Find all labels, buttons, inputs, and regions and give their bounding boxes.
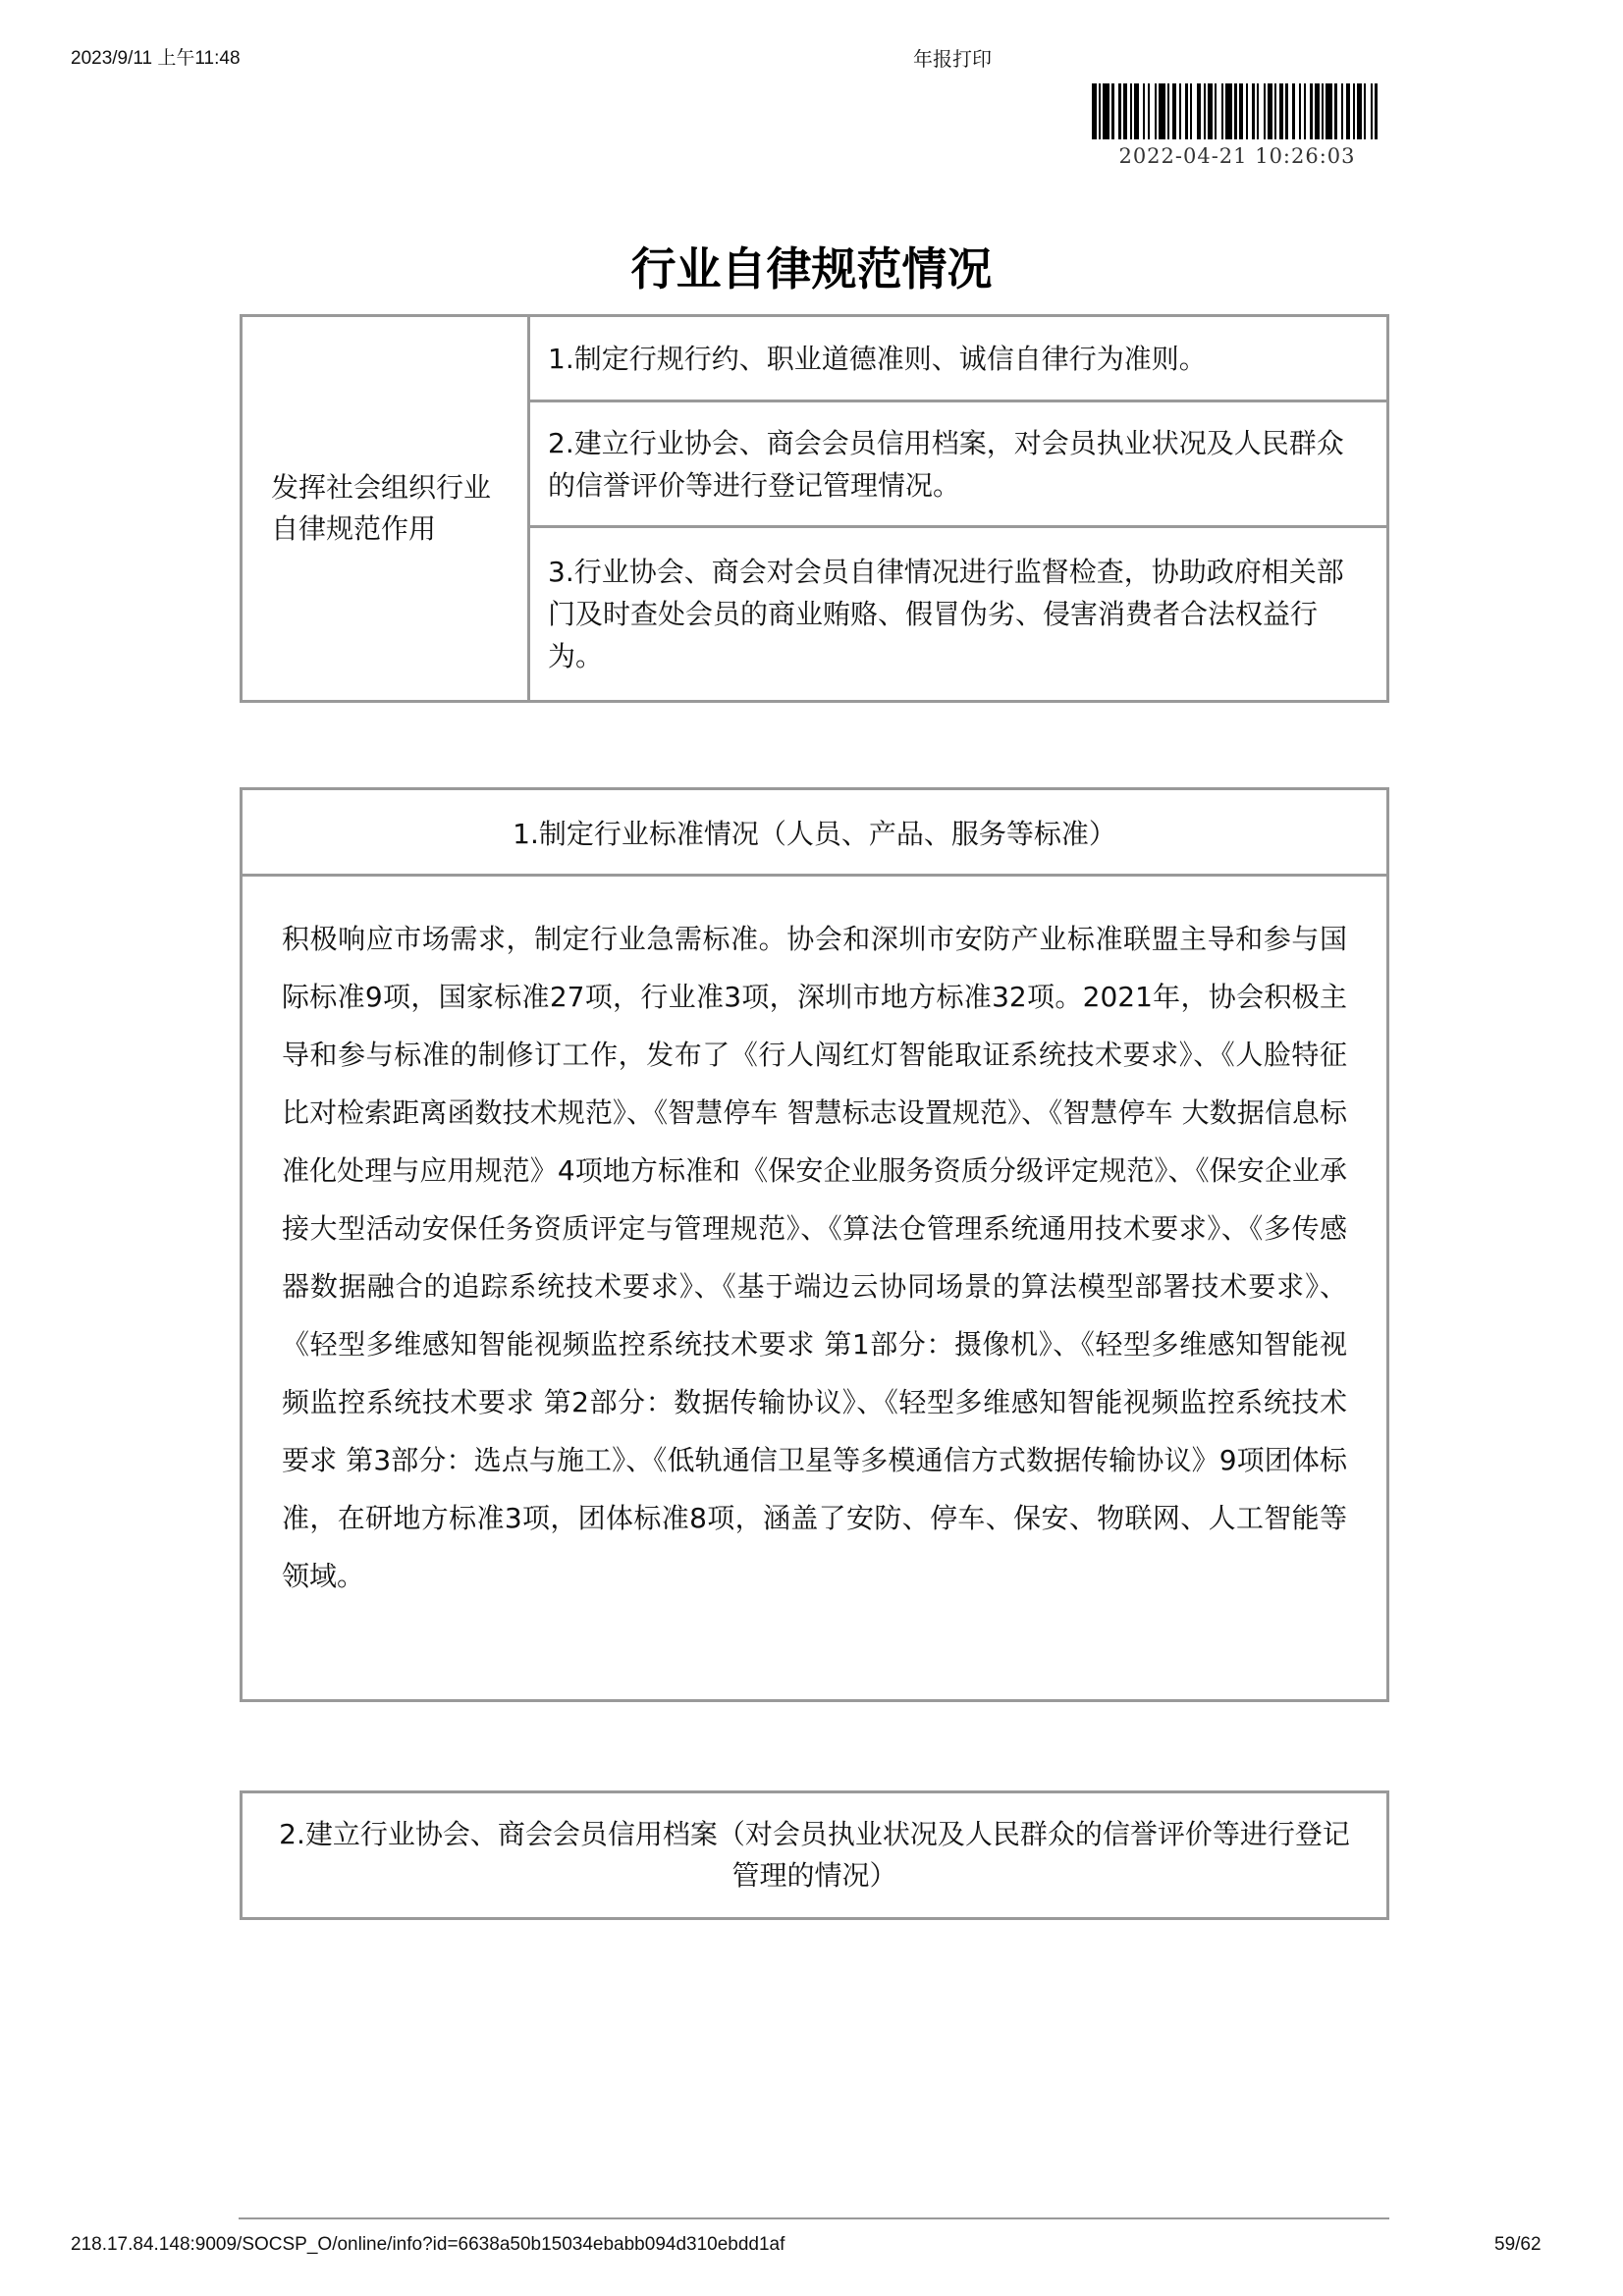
page-title: 行业自律规范情况 (0, 234, 1623, 298)
barcode-timestamp: 2022-04-21 10:26:03 (1088, 144, 1386, 168)
section-header: 2.建立行业协会、商会会员信用档案（对会员执业状况及人民群众的信誉评价等进行登记… (270, 1814, 1360, 1896)
row-header-label: 发挥社会组织行业自律规范作用 (271, 467, 499, 550)
footer-url: 218.17.84.148:9009/SOCSP_O/online/info?i… (71, 2234, 784, 2256)
table-row: 1.制定行规行约、职业道德准则、诚信自律行为准则。 (530, 317, 1386, 402)
print-header-title: 年报打印 (0, 43, 1623, 72)
page-number: 59/62 (1494, 2234, 1542, 2256)
section-header: 1.制定行业标准情况（人员、产品、服务等标准） (243, 790, 1386, 877)
section-body: 积极响应市场需求，制定行业急需标准。协会和深圳市安防产业标准联盟主导和参与国际标… (243, 877, 1386, 1605)
table-row: 3.行业协会、商会对会员自律情况进行监督检查，协助政府相关部门及时查处会员的商业… (530, 528, 1386, 700)
row-header-cell: 发挥社会组织行业自律规范作用 (243, 317, 530, 700)
self-regulation-table: 发挥社会组织行业自律规范作用 1.制定行规行约、职业道德准则、诚信自律行为准则。… (240, 314, 1389, 703)
table-row: 2.建立行业协会、商会会员信用档案，对会员执业状况及人民群众的信誉评价等进行登记… (530, 402, 1386, 528)
industry-standards-section: 1.制定行业标准情况（人员、产品、服务等标准） 积极响应市场需求，制定行业急需标… (240, 787, 1389, 1702)
credit-archive-section: 2.建立行业协会、商会会员信用档案（对会员执业状况及人民群众的信誉评价等进行登记… (240, 1790, 1389, 1920)
items-column: 1.制定行规行约、职业道德准则、诚信自律行为准则。 2.建立行业协会、商会会员信… (530, 317, 1386, 700)
barcode-icon (1092, 83, 1382, 139)
footer-divider (239, 2217, 1389, 2219)
